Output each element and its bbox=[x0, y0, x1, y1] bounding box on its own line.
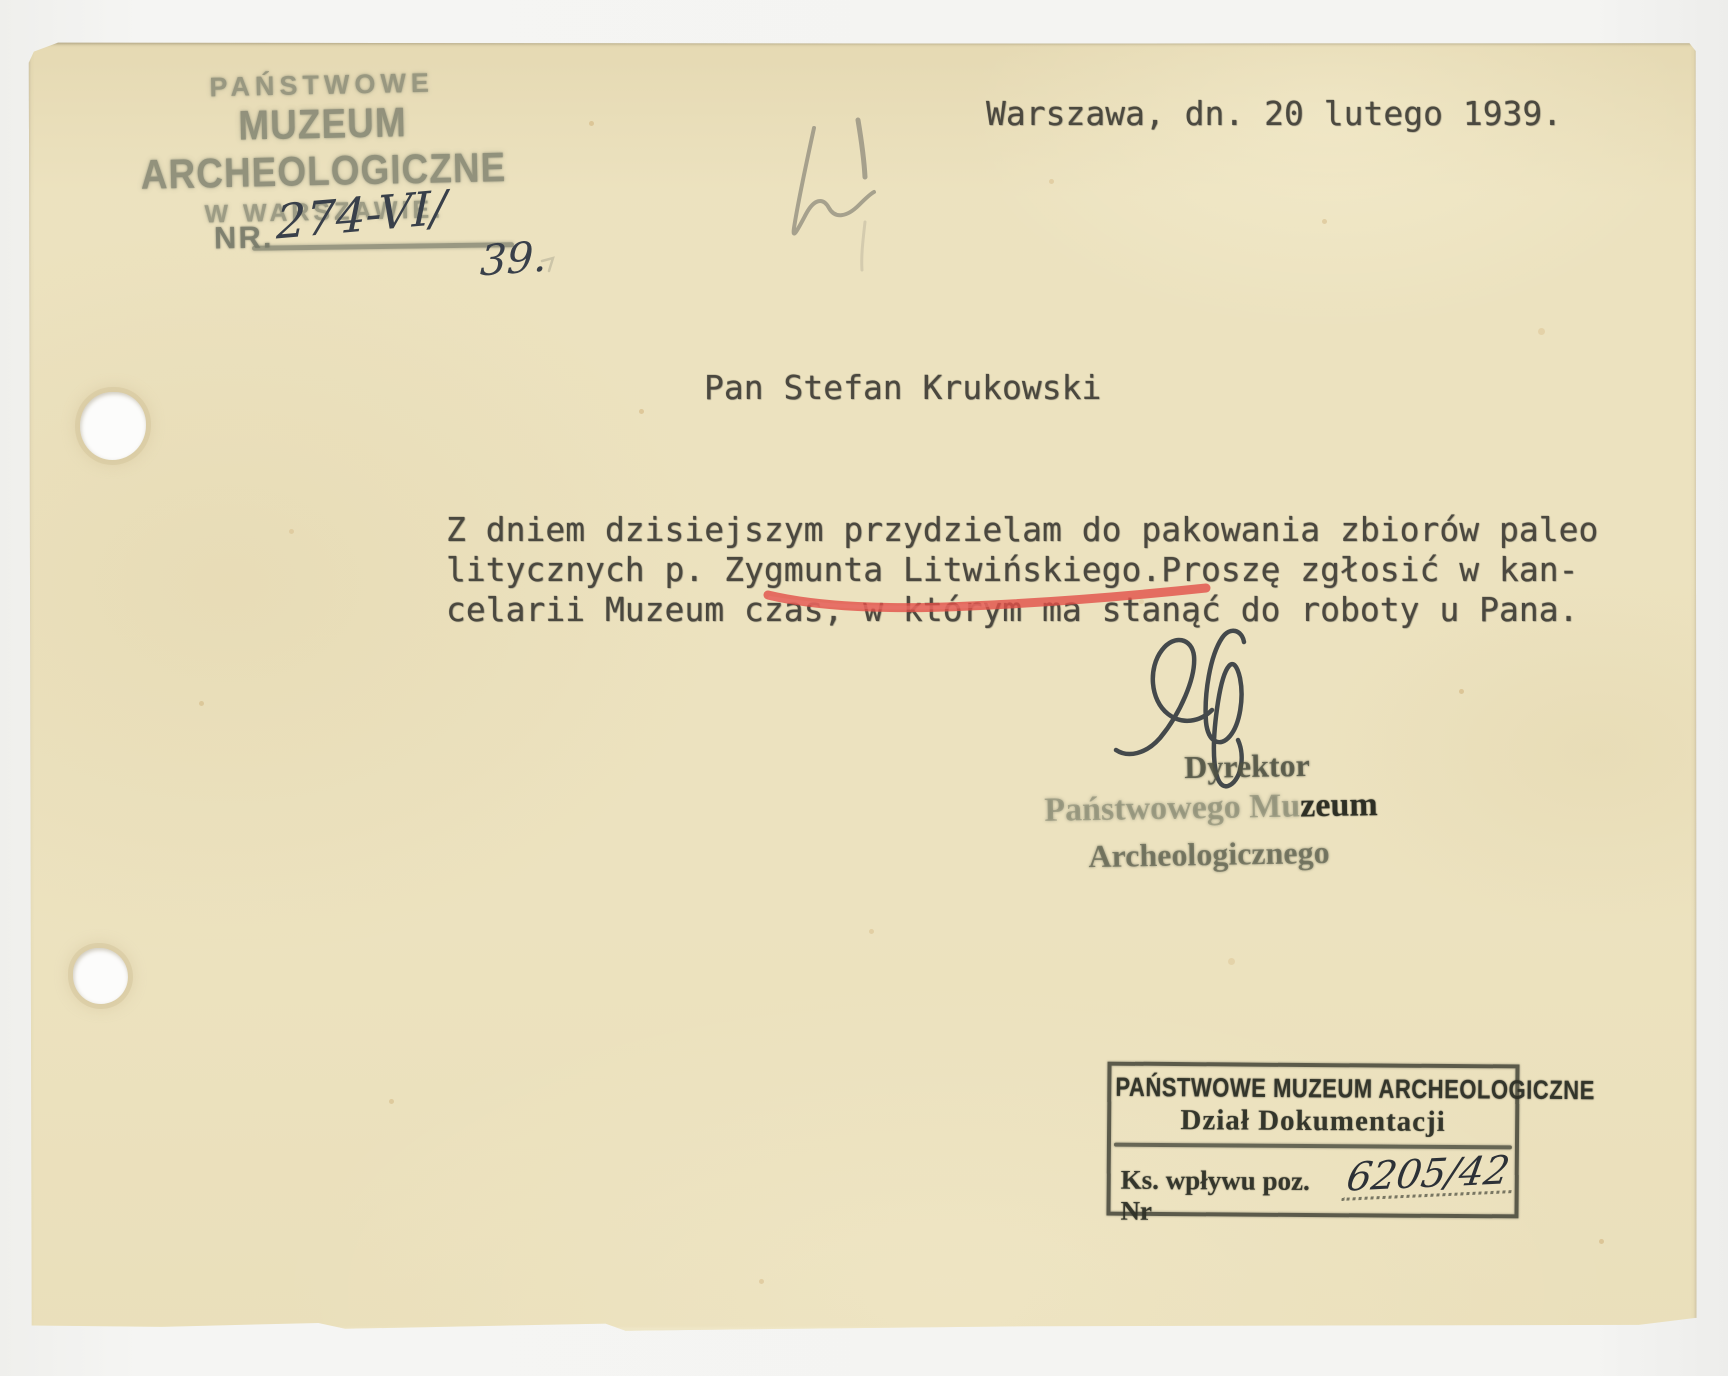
handwritten-reference-year: 39. bbox=[479, 232, 547, 286]
director-stamp-institution-dark: zeum bbox=[1300, 786, 1378, 824]
registry-stamp-line2: Dział Dokumentacji bbox=[1111, 1104, 1515, 1140]
reference-number-label: NR. bbox=[214, 219, 274, 256]
registry-entry-label: Ks. wpływu poz. Nr bbox=[1120, 1165, 1334, 1228]
punch-hole-top bbox=[80, 392, 146, 460]
pencil-squiggle bbox=[542, 120, 874, 271]
scan-background: PAŃSTWOWE MUZEUM ARCHEOLOGICZNE W WARSZA… bbox=[0, 0, 1728, 1376]
punch-hole-bottom bbox=[73, 948, 128, 1004]
director-stamp-institution: Państwowego Muzeum bbox=[1036, 786, 1387, 830]
registry-stamp-divider bbox=[1114, 1143, 1512, 1150]
paper-age-specks bbox=[28, 42, 31, 45]
registry-stamp-box: PAŃSTWOWE MUZEUM ARCHEOLOGICZNE Dział Do… bbox=[1106, 1062, 1519, 1219]
body-line-3: celarii Muzeum czas, w którym ma stanąć … bbox=[446, 590, 1578, 629]
director-stamp-institution-light: Państwowego Mu bbox=[1044, 787, 1301, 828]
registry-entry-number: 6205/42 bbox=[1341, 1151, 1518, 1201]
dateline: Warszawa, dn. 20 lutego 1939. bbox=[986, 94, 1562, 133]
registry-stamp-entry-row: Ks. wpływu poz. Nr 6205/42 bbox=[1110, 1157, 1514, 1230]
header-stamp-line2: MUZEUM ARCHEOLOGICZNE bbox=[91, 96, 555, 200]
registry-stamp-line1: PAŃSTWOWE MUZEUM ARCHEOLOGICZNE bbox=[1115, 1072, 1511, 1105]
body-line-1: Z dniem dzisiejszym przydzielam do pakow… bbox=[446, 510, 1598, 549]
addressee: Pan Stefan Krukowski bbox=[704, 368, 1101, 407]
document-page: PAŃSTWOWE MUZEUM ARCHEOLOGICZNE W WARSZA… bbox=[28, 42, 1697, 1332]
director-stamp-title: Dyrektor bbox=[1132, 746, 1363, 787]
body-line-2: litycznych p. Zygmunta Litwińskiego.Pros… bbox=[446, 550, 1578, 589]
director-stamp-institution-2: Archeologicznego bbox=[1078, 834, 1341, 876]
